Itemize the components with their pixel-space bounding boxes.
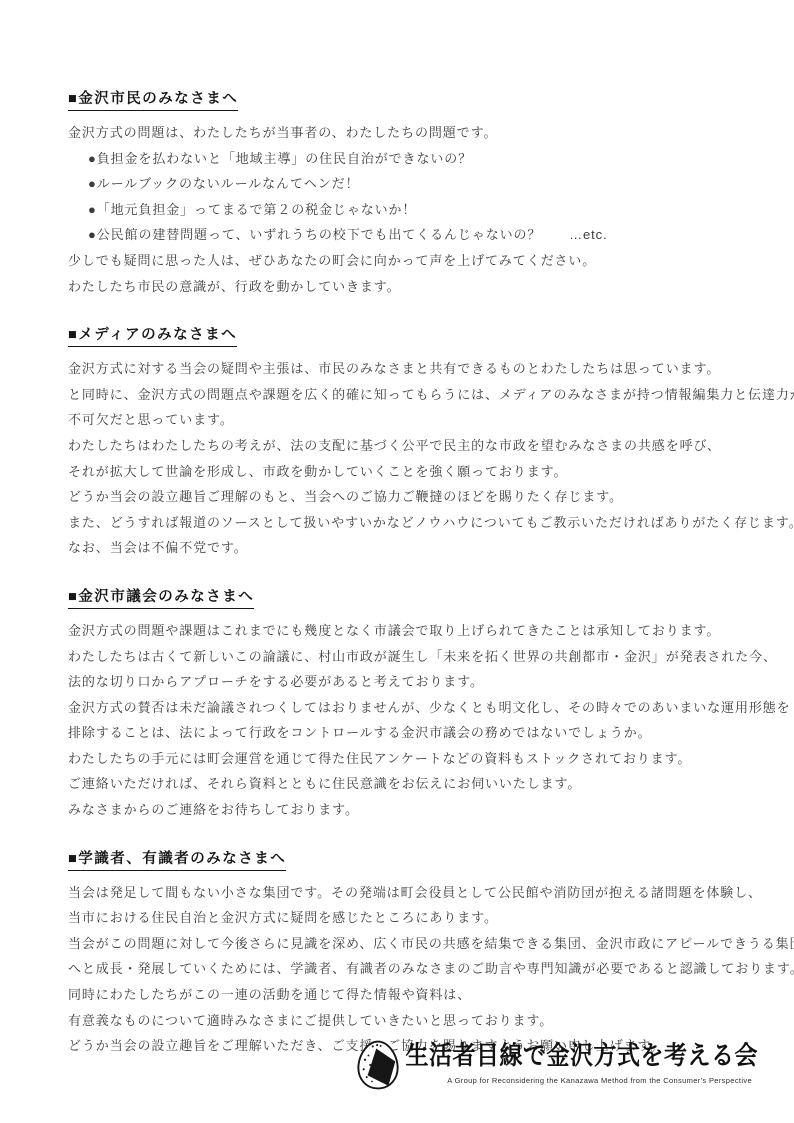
- text-line: 金沢方式の問題や課題はこれまでにも幾度となく市議会で取り上げられてきたことは承知…: [68, 618, 756, 644]
- text-line: どうか当会の設立趣旨ご理解のもと、当会へのご協力ご鞭撻のほどを賜りたく存じます。: [68, 484, 756, 510]
- text-line: と同時に、金沢方式の問題点や課題を広く的確に知ってもらうには、メディアのみなさま…: [68, 382, 756, 408]
- text-line: ご連絡いただければ、それら資料とともに住民意識をお伝えにお伺いいたします。: [68, 771, 756, 797]
- org-logo: 生活者目線で金沢方式を考える会 A Group for Reconsiderin…: [352, 1036, 759, 1097]
- text-line: わたしたちはわたしたちの考えが、法の支配に基づく公平で民主的な市政を望むみなさま…: [68, 433, 756, 459]
- logo-text: 生活者目線で金沢方式を考える会 A Group for Reconsiderin…: [406, 1036, 759, 1085]
- text-line: へと成長・発展していくためには、学識者、有識者のみなさまのご助言や専門知識が必要…: [68, 956, 756, 982]
- text-line: 不可欠だと思っています。: [68, 407, 756, 433]
- text-line: 少しでも疑問に思った人は、ぜひあなたの町会に向かって声を上げてみてください。: [68, 248, 756, 274]
- document-section: ■金沢市民のみなさまへ 金沢方式の問題は、わたしたちが当事者の、わたしたちの問題…: [68, 90, 756, 299]
- section-lines: 金沢方式に対する当会の疑問や主張は、市民のみなさまと共有できるものとわたしたちは…: [68, 356, 756, 561]
- text-line: 金沢方式に対する当会の疑問や主張は、市民のみなさまと共有できるものとわたしたちは…: [68, 356, 756, 382]
- text-line: ●「地元負担金」ってまるで第２の税金じゃないか！: [68, 197, 756, 223]
- document-content: ■金沢市民のみなさまへ 金沢方式の問題は、わたしたちが当事者の、わたしたちの問題…: [68, 90, 756, 1086]
- document-page: ■金沢市民のみなさまへ 金沢方式の問題は、わたしたちが当事者の、わたしたちの問題…: [0, 0, 794, 1123]
- logo-subtitle: A Group for Reconsidering the Kanazawa M…: [447, 1076, 758, 1085]
- text-line: ●ルールブックのないルールなんてヘンだ！: [68, 171, 756, 197]
- text-line: なお、当会は不偏不党です。: [68, 535, 756, 561]
- document-section: ■学識者、有識者のみなさまへ 当会は発足して間もない小さな集団です。その発端は町…: [68, 850, 756, 1059]
- text-line: わたしたち市民の意識が、行政を動かしていきます。: [68, 274, 756, 300]
- section-heading: ■メディアのみなさまへ: [68, 326, 237, 347]
- text-line: 法的な切り口からアプローチをする必要があると考えております。: [68, 669, 756, 695]
- text-line: みなさまからのご連絡をお待ちしております。: [68, 797, 756, 823]
- section-lines: 金沢方式の問題や課題はこれまでにも幾度となく市議会で取り上げられてきたことは承知…: [68, 618, 756, 823]
- section-heading: ■金沢市民のみなさまへ: [68, 90, 238, 111]
- text-line: 有意義なものについて適時みなさまにご提供していきたいと思っております。: [68, 1008, 756, 1034]
- text-line: 当市における住民自治と金沢方式に疑問を感じたところにあります。: [68, 905, 756, 931]
- logo-title: 生活者目線で金沢方式を考える会: [406, 1036, 759, 1074]
- text-line: わたしたちは古くて新しいこの論議に、村山市政が誕生し「未来を拓く世界の共創都市・…: [68, 644, 756, 670]
- onigiri-icon: [352, 1038, 404, 1097]
- text-line: 排除することは、法によって行政をコントロールする金沢市議会の務めではないでしょう…: [68, 720, 756, 746]
- document-section: ■メディアのみなさまへ 金沢方式に対する当会の疑問や主張は、市民のみなさまと共有…: [68, 326, 756, 561]
- sections-container: ■金沢市民のみなさまへ 金沢方式の問題は、わたしたちが当事者の、わたしたちの問題…: [68, 90, 756, 1059]
- section-heading: ■金沢市議会のみなさまへ: [68, 588, 254, 609]
- text-line: 同時にわたしたちがこの一連の活動を通じて得た情報や資料は、: [68, 982, 756, 1008]
- text-line: 金沢方式の賛否は未だ論議されつくしてはおりませんが、少なくとも明文化し、その時々…: [68, 695, 756, 721]
- text-line: ●負担金を払わないと「地域主導」の住民自治ができないの？: [68, 146, 756, 172]
- text-line: 当会がこの問題に対して今後さらに見識を深め、広く市民の共感を結集できる集団、金沢…: [68, 931, 756, 957]
- document-section: ■金沢市議会のみなさまへ 金沢方式の問題や課題はこれまでにも幾度となく市議会で取…: [68, 588, 756, 823]
- text-line: ●公民館の建替問題って、いずれうちの校下でも出てくるんじゃないの？ …etc.: [68, 222, 756, 248]
- text-line: それが拡大して世論を形成し、市政を動かしていくことを強く願っております。: [68, 459, 756, 485]
- text-line: 金沢方式の問題は、わたしたちが当事者の、わたしたちの問題です。: [68, 120, 756, 146]
- text-line: わたしたちの手元には町会運営を通じて得た住民アンケートなどの資料もストックされて…: [68, 746, 756, 772]
- section-lines: 金沢方式の問題は、わたしたちが当事者の、わたしたちの問題です。 ●負担金を払わな…: [68, 120, 756, 299]
- text-line: 当会は発足して間もない小さな集団です。その発端は町会役員として公民館や消防団が抱…: [68, 880, 756, 906]
- section-lines: 当会は発足して間もない小さな集団です。その発端は町会役員として公民館や消防団が抱…: [68, 880, 756, 1059]
- section-heading: ■学識者、有識者のみなさまへ: [68, 850, 286, 871]
- text-line: また、どうすれば報道のソースとして扱いやすいかなどノウハウについてもご教示いただ…: [68, 510, 756, 536]
